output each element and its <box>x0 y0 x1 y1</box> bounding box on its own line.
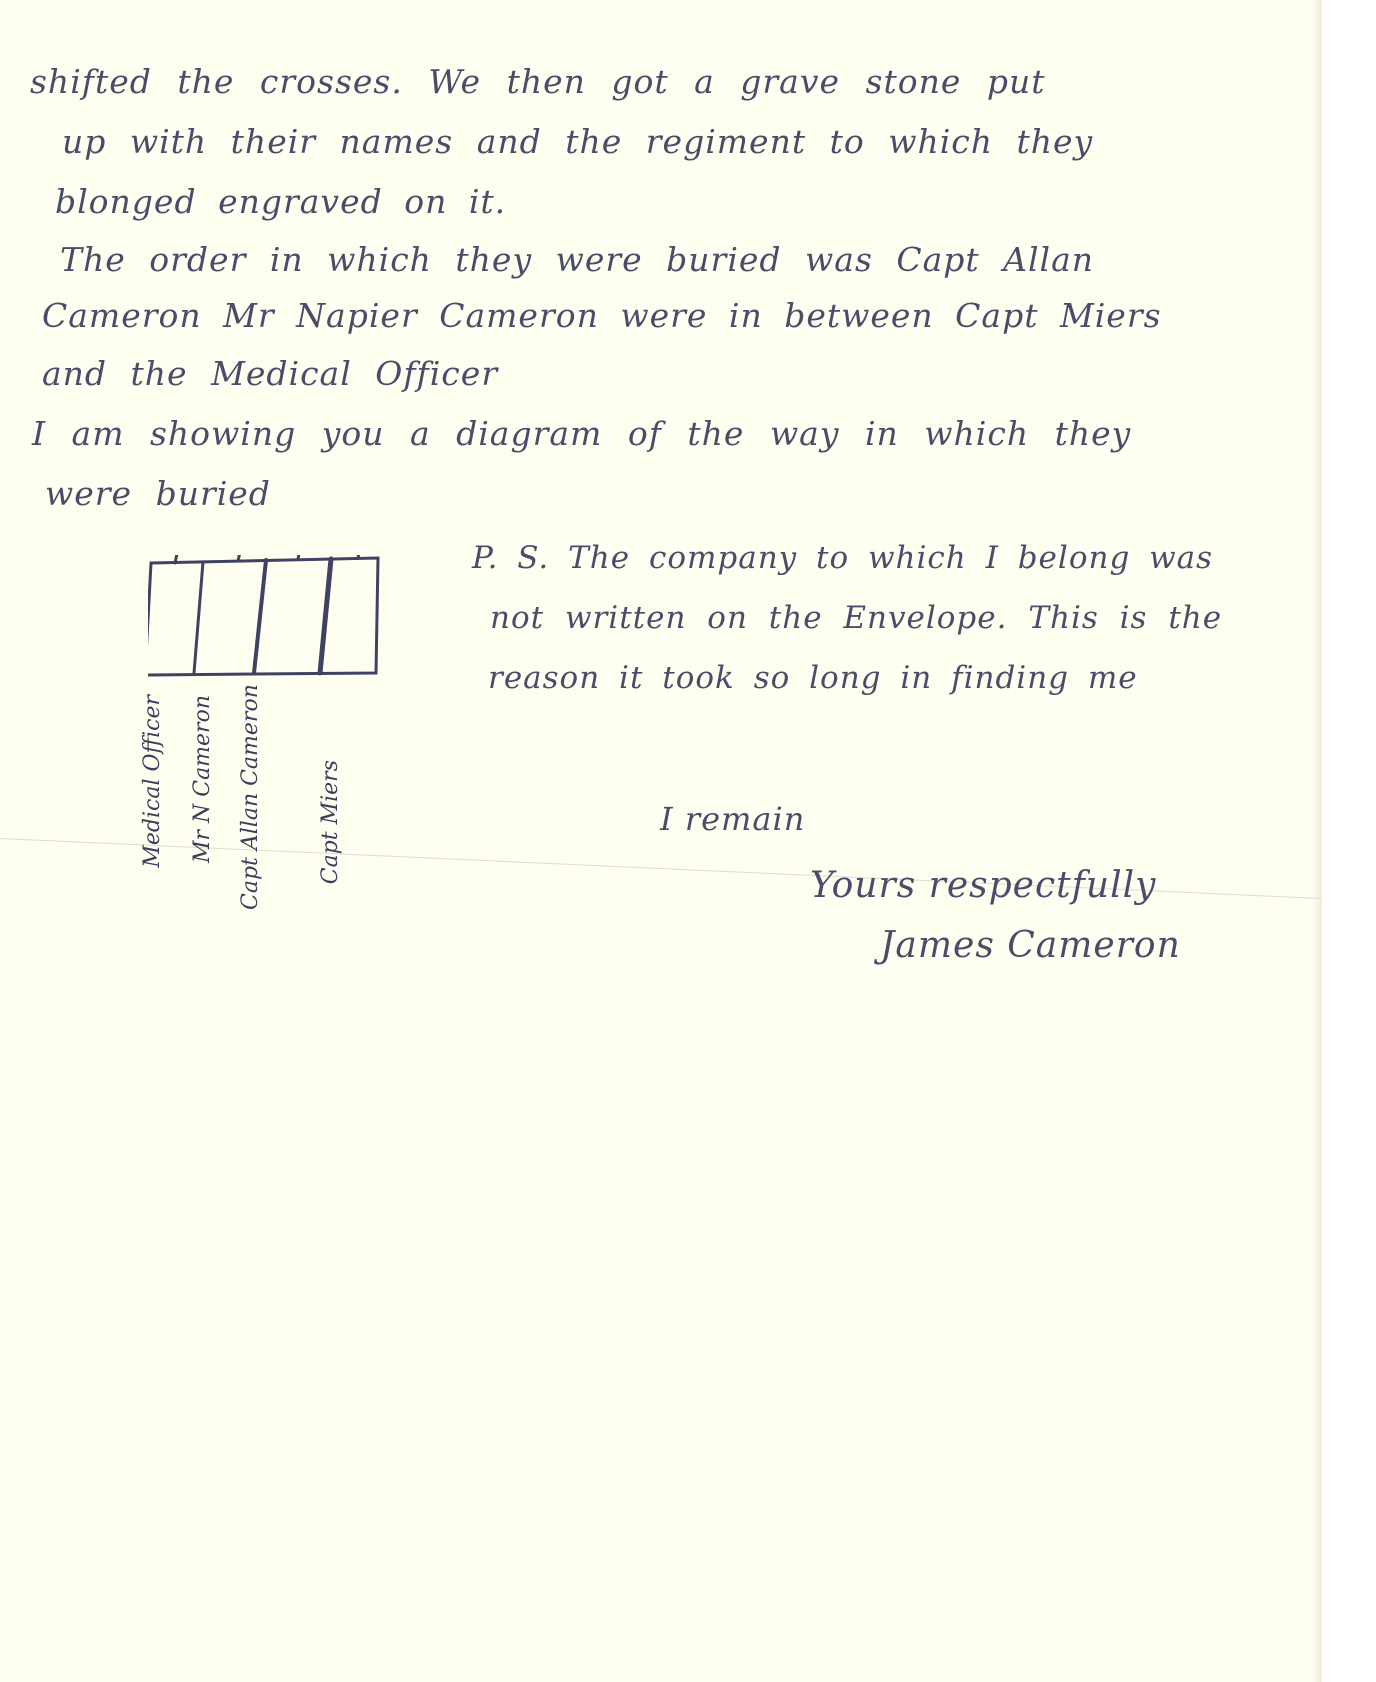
letter-line-2: up with their names and the regiment to … <box>62 122 1093 161</box>
burial-diagram <box>148 555 413 730</box>
letter-line-1: shifted the crosses. We then got a grave… <box>30 62 1046 101</box>
letter-line-7: I am showing you a diagram of the way in… <box>32 414 1131 453</box>
letter-line-5: Cameron Mr Napier Cameron were in betwee… <box>42 296 1162 335</box>
grave-label-capt-allan-cameron: Capt Allan Cameron <box>238 710 268 910</box>
grave-label-capt-miers: Capt Miers <box>318 760 348 890</box>
postscript-line-3: reason it took so long in finding me <box>488 660 1138 696</box>
letter-line-4: The order in which they were buried was … <box>60 240 1094 279</box>
letter-line-8: were buried <box>45 474 271 513</box>
closing-remain: I remain <box>660 800 805 838</box>
postscript-line-1: P. S. The company to which I belong was <box>472 540 1213 576</box>
closing-valediction: Yours respectfully <box>810 865 1156 906</box>
graves-drawing <box>148 555 413 730</box>
signature: James Cameron <box>880 925 1181 966</box>
letter-page: shifted the crosses. We then got a grave… <box>0 0 1322 1682</box>
postscript-line-2: not written on the Envelope. This is the <box>490 600 1222 636</box>
letter-line-6: and the Medical Officer <box>42 354 498 393</box>
grave-label-mr-n-cameron: Mr N Cameron <box>190 695 220 895</box>
letter-line-3: blonged engraved on it. <box>55 182 506 221</box>
grave-label-medical-officer: Medical Officer <box>140 695 170 895</box>
